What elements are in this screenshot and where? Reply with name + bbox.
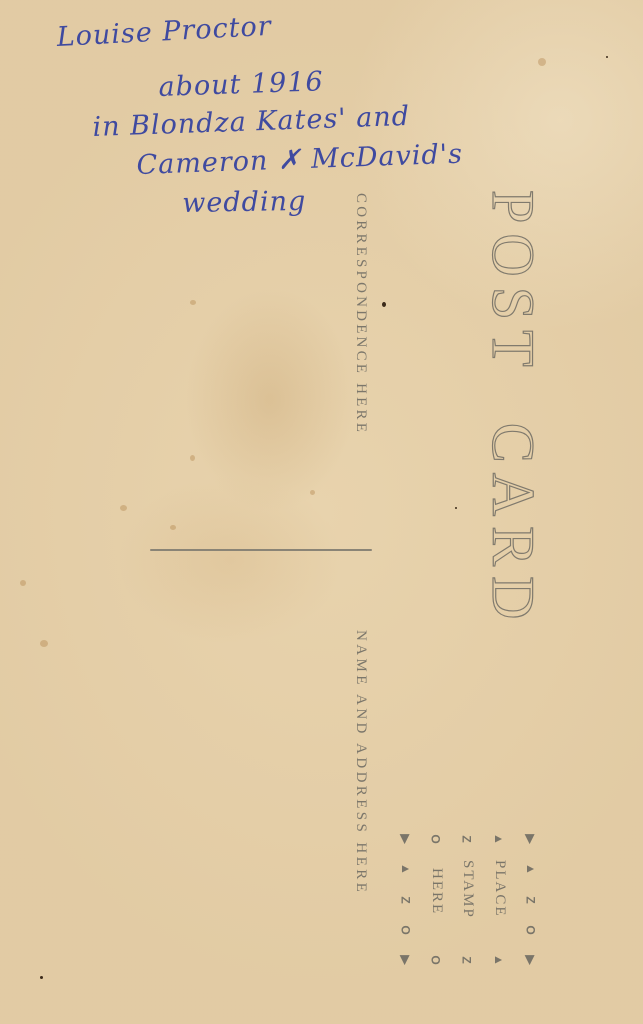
stain [170, 525, 176, 530]
stain [120, 505, 127, 511]
stamp-word-place: PLACE [491, 860, 508, 918]
stamp-word-stamp: STAMP [459, 860, 476, 919]
ink-dot [606, 56, 608, 58]
handwritten-line-4: Cameron ✗ McDavid's [136, 139, 464, 181]
stain [310, 490, 315, 495]
handwritten-date: about 1916 [158, 66, 324, 103]
post-card-title: POSTCARD [478, 190, 547, 629]
address-label: NAME AND ADDRESS HERE [352, 630, 369, 895]
correspondence-label: CORRESPONDENCE HERE [352, 193, 369, 435]
stain [190, 455, 195, 461]
stamp-border-left: ▶ ▲ Z O ▶ [396, 832, 416, 967]
title-word-card: CARD [480, 423, 546, 630]
postcard-back: Louise Proctor about 1916 in Blondza Kat… [0, 0, 643, 1024]
stain [190, 300, 196, 305]
stain [538, 58, 546, 66]
handwritten-name: Louise Proctor [56, 11, 272, 53]
stamp-border-right: ▶ ▲ Z O ▶ [521, 832, 541, 967]
title-word-post: POST [480, 190, 546, 377]
stain [40, 640, 48, 647]
divider-line [150, 549, 372, 551]
ink-dot [40, 976, 43, 979]
ink-dot [455, 507, 457, 509]
stain [20, 580, 26, 586]
handwritten-line-5: wedding [182, 186, 306, 219]
handwritten-line-3: in Blondza Kates' and [92, 101, 411, 143]
stamp-word-here: HERE [428, 868, 445, 915]
ink-dot [382, 302, 386, 307]
